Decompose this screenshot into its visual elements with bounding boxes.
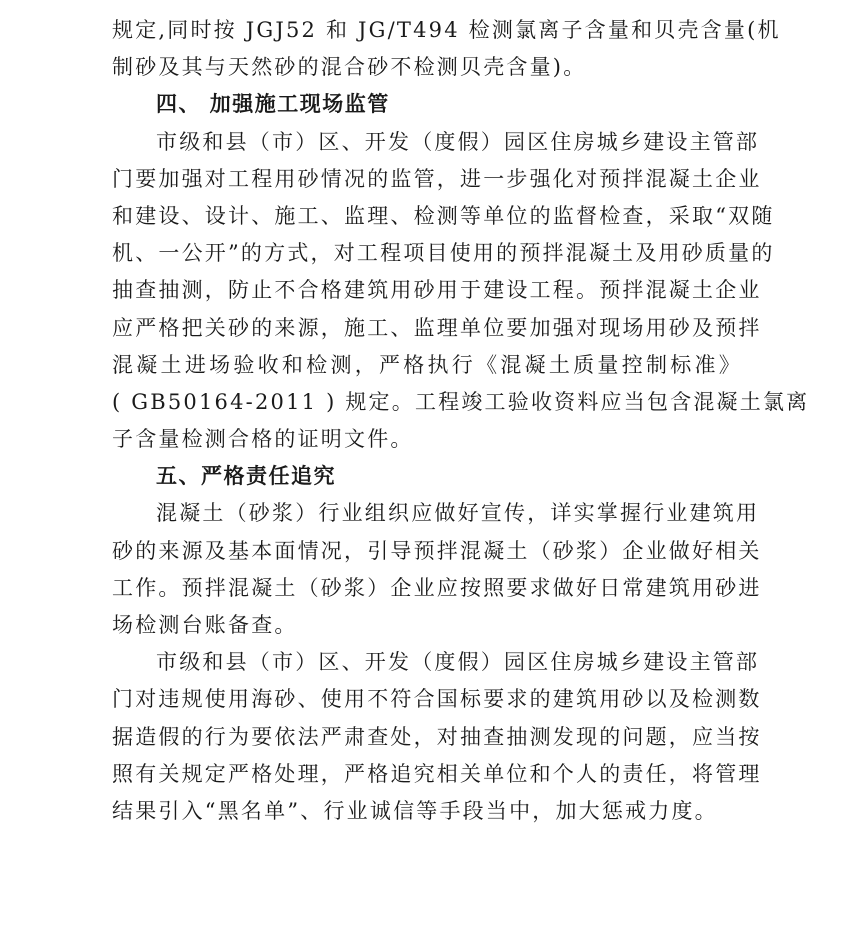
paragraph-continuation: 规定,同时按 JGJ52 和 JG/T494 检测氯离子含量和贝壳含量(机 制砂… — [112, 12, 742, 86]
text-line: 照有关规定严格处理，严格追究相关单位和个人的责任，将管理 — [112, 756, 742, 793]
text-line: 应严格把关砂的来源，施工、监理单位要加强对现场用砂及预拌 — [112, 310, 742, 347]
text-line: 门对违规使用海砂、使用不符合国标要求的建筑用砂以及检测数 — [112, 681, 742, 718]
text-line: 混凝土（砂浆）行业组织应做好宣传，详实掌握行业建筑用 — [112, 495, 742, 532]
text-line: 机、一公开”的方式，对工程项目使用的预拌混凝土及用砂质量的 — [112, 235, 742, 272]
text-line: 和建设、设计、施工、监理、检测等单位的监督检查，采取“双随 — [112, 198, 742, 235]
document-page: 规定,同时按 JGJ52 和 JG/T494 检测氯离子含量和贝壳含量(机 制砂… — [112, 12, 742, 830]
section-heading-4: 四、 加强施工现场监管 — [112, 86, 742, 123]
section-heading-5: 五、严格责任追究 — [112, 458, 742, 495]
text-line: 市级和县（市）区、开发（度假）园区住房城乡建设主管部 — [112, 644, 742, 681]
paragraph-industry-organization: 混凝土（砂浆）行业组织应做好宣传，详实掌握行业建筑用 砂的来源及基本面情况，引导… — [112, 495, 742, 644]
text-line: 场检测台账备查。 — [112, 607, 742, 644]
text-line: 据造假的行为要依法严肃查处，对抽查抽测发现的问题，应当按 — [112, 719, 742, 756]
text-line: 混凝土进场验收和检测，严格执行《混凝土质量控制标准》 — [112, 347, 742, 384]
text-line: 砂的来源及基本面情况，引导预拌混凝土（砂浆）企业做好相关 — [112, 533, 742, 570]
text-line: 规定,同时按 JGJ52 和 JG/T494 检测氯离子含量和贝壳含量(机 — [112, 12, 742, 49]
text-line: 制砂及其与天然砂的混合砂不检测贝壳含量)。 — [112, 49, 742, 86]
paragraph-accountability: 市级和县（市）区、开发（度假）园区住房城乡建设主管部 门对违规使用海砂、使用不符… — [112, 644, 742, 830]
text-line: 工作。预拌混凝土（砂浆）企业应按照要求做好日常建筑用砂进 — [112, 570, 742, 607]
text-line: 门要加强对工程用砂情况的监管，进一步强化对预拌混凝土企业 — [112, 161, 742, 198]
text-line: 子含量检测合格的证明文件。 — [112, 421, 742, 458]
text-line: 市级和县（市）区、开发（度假）园区住房城乡建设主管部 — [112, 124, 742, 161]
text-line: 抽查抽测，防止不合格建筑用砂用于建设工程。预拌混凝土企业 — [112, 272, 742, 309]
paragraph-site-supervision: 市级和县（市）区、开发（度假）园区住房城乡建设主管部 门要加强对工程用砂情况的监… — [112, 124, 742, 459]
text-line: ( GB50164-2011 ) 规定。工程竣工验收资料应当包含混凝土氯离 — [112, 384, 742, 421]
text-line: 结果引入“黑名单”、行业诚信等手段当中，加大惩戒力度。 — [112, 793, 742, 830]
